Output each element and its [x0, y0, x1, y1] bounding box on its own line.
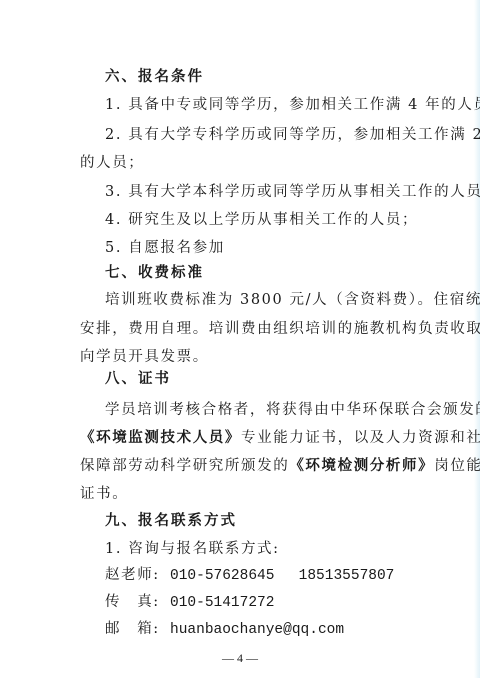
section-8-line-3-pre: 保障部劳动科学研究所颁发的	[80, 458, 289, 474]
contact-fax: 传 真: 010-51417272	[105, 593, 274, 612]
contact-teacher-mobile: 18513557807	[299, 568, 395, 584]
contact-teacher-phone: 010-57628645	[170, 568, 274, 584]
section-8-heading: 八、证书	[105, 370, 171, 388]
contact-email-label: 邮 箱:	[105, 621, 160, 637]
contact-email-address[interactable]: huanbaochanye@qq.com	[170, 622, 344, 638]
section-7-line-2: 安排，费用自理。培训费由组织培训的施教机构负责收取并	[80, 320, 480, 338]
contact-email: 邮 箱: huanbaochanye@qq.com	[105, 620, 344, 639]
section-7-line-1: 培训班收费标准为 3800 元/人（含资料费）。住宿统一	[105, 291, 480, 309]
certificate-title-1: 《环境监测技术人员》	[80, 429, 241, 446]
contact-teacher: 赵老师: 010-57628645 18513557807	[105, 566, 394, 585]
certificate-title-2: 《环境检测分析师》	[289, 457, 434, 474]
section-6-item-2: 2. 具有大学专科学历或同等学历，参加相关工作满 2 年	[105, 126, 480, 144]
section-8-line-4: 证书。	[80, 485, 128, 503]
section-9-heading: 九、报名联系方式	[105, 512, 237, 530]
section-6-item-2-cont: 的人员；	[80, 154, 144, 172]
section-8-line-2: 《环境监测技术人员》专业能力证书，以及人力资源和社会	[80, 429, 480, 447]
section-6-item-4: 4. 研究生及以上学历从事相关工作的人员；	[105, 211, 418, 229]
page-number: — 4 —	[0, 651, 480, 666]
contact-fax-label: 传 真:	[105, 594, 160, 610]
section-8-line-3-post: 岗位能力	[434, 458, 480, 474]
section-6-item-1: 1. 具备中专或同等学历，参加相关工作满 4 年的人员；	[105, 96, 480, 114]
section-7-line-3: 向学员开具发票。	[80, 348, 209, 366]
section-8-line-3: 保障部劳动科学研究所颁发的《环境检测分析师》岗位能力	[80, 457, 480, 475]
contact-teacher-label: 赵老师:	[105, 567, 160, 583]
section-7-heading: 七、收费标准	[105, 264, 204, 282]
section-9-sub: 1. 咨询与报名联系方式:	[105, 540, 280, 558]
section-8-line-1: 学员培训考核合格者，将获得由中华环保联合会颁发的	[105, 401, 480, 419]
section-8-line-2-rest: 专业能力证书，以及人力资源和社会	[241, 430, 480, 446]
section-6-item-5: 5. 自愿报名参加	[105, 239, 225, 257]
section-6-heading: 六、报名条件	[105, 68, 204, 86]
contact-fax-number: 010-51417272	[170, 595, 274, 611]
section-6-item-3: 3. 具有大学本科学历或同等学历从事相关工作的人员；	[105, 183, 480, 201]
